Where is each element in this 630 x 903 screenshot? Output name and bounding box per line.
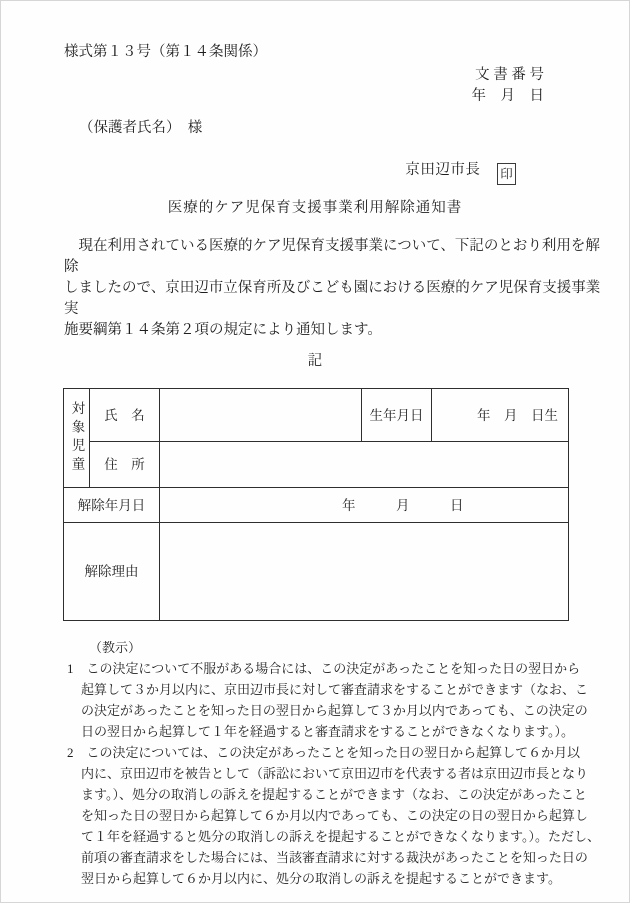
teaching-note-item-1: 1 この決定について不服がある場合には、この決定があったことを知った日の翌日から… [67,658,611,742]
issuer-line: 京田辺市長 印 [1,158,516,182]
teaching-note-item-2: 2 この決定については、この決定があったことを知った日の翌日から起算して６か月以… [67,742,611,889]
document-meta-block: 文 書 番 号 年 月 日 [1,65,544,107]
name-label-cell: 氏 名 [90,389,160,442]
form-number: 様式第１３号（第１４条関係） [64,42,629,63]
record-marker: 記 [1,351,629,372]
release-date-label-cell: 解除年月日 [64,488,160,523]
teaching-notes-heading: （教示） [67,637,611,658]
document-page: 様式第１３号（第１４条関係） 文 書 番 号 年 月 日 （保護者氏名） 様 京… [0,0,630,903]
mayor-name: 京田辺市長 [405,162,480,178]
body-paragraph: 現在利用されている医療的ケア児保育支援事業について、下記のとおり利用を解除 しま… [64,236,609,341]
address-label-cell: 住 所 [90,442,160,488]
release-date-value-cell: 年 月 日 [160,488,569,523]
document-number-placeholder: 文 書 番 号 [1,65,544,86]
birthdate-value-cell: 年 月 日生 [432,389,569,442]
document-date-placeholder: 年 月 日 [1,86,544,107]
address-value-cell [160,442,569,488]
target-child-label: 対象児童 [65,401,89,475]
document-title: 医療的ケア児保育支援事業利用解除通知書 [1,198,629,219]
release-reason-label-cell: 解除理由 [64,523,160,621]
release-info-table: 対象児童 氏 名 生年月日 年 月 日生 住 所 解除年月日 年 月 日 解除理… [63,388,569,621]
name-value-cell [160,389,362,442]
target-child-header-cell: 対象児童 [64,389,90,488]
official-seal-mark: 印 [497,163,516,185]
birthdate-label-cell: 生年月日 [362,389,432,442]
release-reason-value-cell [160,523,569,621]
addressee-line: （保護者氏名） 様 [79,118,629,139]
teaching-notes-section: （教示） 1 この決定について不服がある場合には、この決定があったことを知った日… [67,637,611,889]
